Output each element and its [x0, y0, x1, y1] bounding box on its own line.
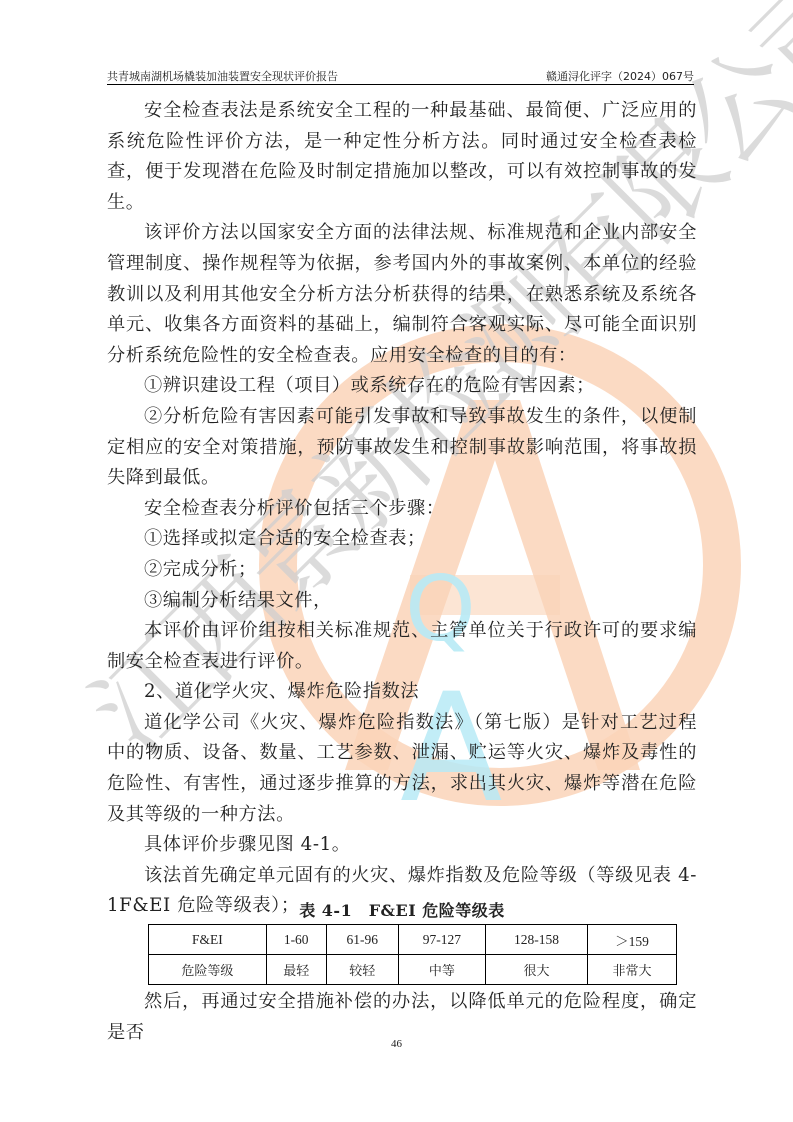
table-cell: 最轻 [266, 955, 326, 985]
table-cell: 97-127 [398, 925, 485, 955]
table-cell: 61-96 [326, 925, 398, 955]
table-row: 危险等级 最轻 较轻 中等 很大 非常大 [149, 955, 677, 985]
table-cell: 中等 [398, 955, 485, 985]
list-item: ③编制分析结果文件， [107, 586, 697, 617]
table-caption: 表 4-1 F&EI 危险等级表 [107, 898, 697, 921]
paragraph: 本评价由评价组按相关标准规范、主管单位关于行政许可的要求编制安全检查表进行评价。 [107, 616, 697, 677]
fei-grade-table: F&EI 1-60 61-96 97-127 128-158 ＞159 危险等级… [148, 924, 677, 985]
table-cell: F&EI [149, 925, 267, 955]
list-item: ②分析危险有害因素可能引发事故和导致事故发生的条件，以便制定相应的安全对策措施，… [107, 402, 697, 494]
page-number: 46 [0, 1038, 793, 1050]
report-title: 共青城南湖机场橇装加油装置安全现状评价报告 [107, 70, 338, 83]
section-heading: 2、道化学火灾、爆炸危险指数法 [107, 677, 697, 708]
page-header: 共青城南湖机场橇装加油装置安全现状评价报告 赣通浔化评字（2024）067号 [107, 70, 694, 85]
table-cell: 128-158 [485, 925, 587, 955]
paragraph: 道化学公司《火灾、爆炸危险指数法》（第七版）是针对工艺过程中的物质、设备、数量、… [107, 708, 697, 830]
table-cell: ＞159 [588, 925, 677, 955]
list-item: ①辨识建设工程（项目）或系统存在的危险有害因素； [107, 371, 697, 402]
table-cell: 很大 [485, 955, 587, 985]
list-item: ①选择或拟定合适的安全检查表； [107, 524, 697, 555]
table-cell: 危险等级 [149, 955, 267, 985]
paragraph: 具体评价步骤见图 4-1。 [107, 830, 697, 861]
paragraph: 该评价方法以国家安全方面的法律法规、标准规范和企业内部安全管理制度、操作规程等为… [107, 218, 697, 371]
list-item: ②完成分析； [107, 555, 697, 586]
body-text: 安全检查表法是系统安全工程的一种最基础、最简便、广泛应用的系统危险性评价方法，是… [107, 96, 697, 922]
document-number: 赣通浔化评字（2024）067号 [546, 70, 694, 83]
table-row: F&EI 1-60 61-96 97-127 128-158 ＞159 [149, 925, 677, 955]
paragraph: 安全检查表法是系统安全工程的一种最基础、最简便、广泛应用的系统危险性评价方法，是… [107, 96, 697, 218]
paragraph: 安全检查表分析评价包括三个步骤： [107, 494, 697, 525]
table-cell: 非常大 [588, 955, 677, 985]
table-cell: 1-60 [266, 925, 326, 955]
table-cell: 较轻 [326, 955, 398, 985]
